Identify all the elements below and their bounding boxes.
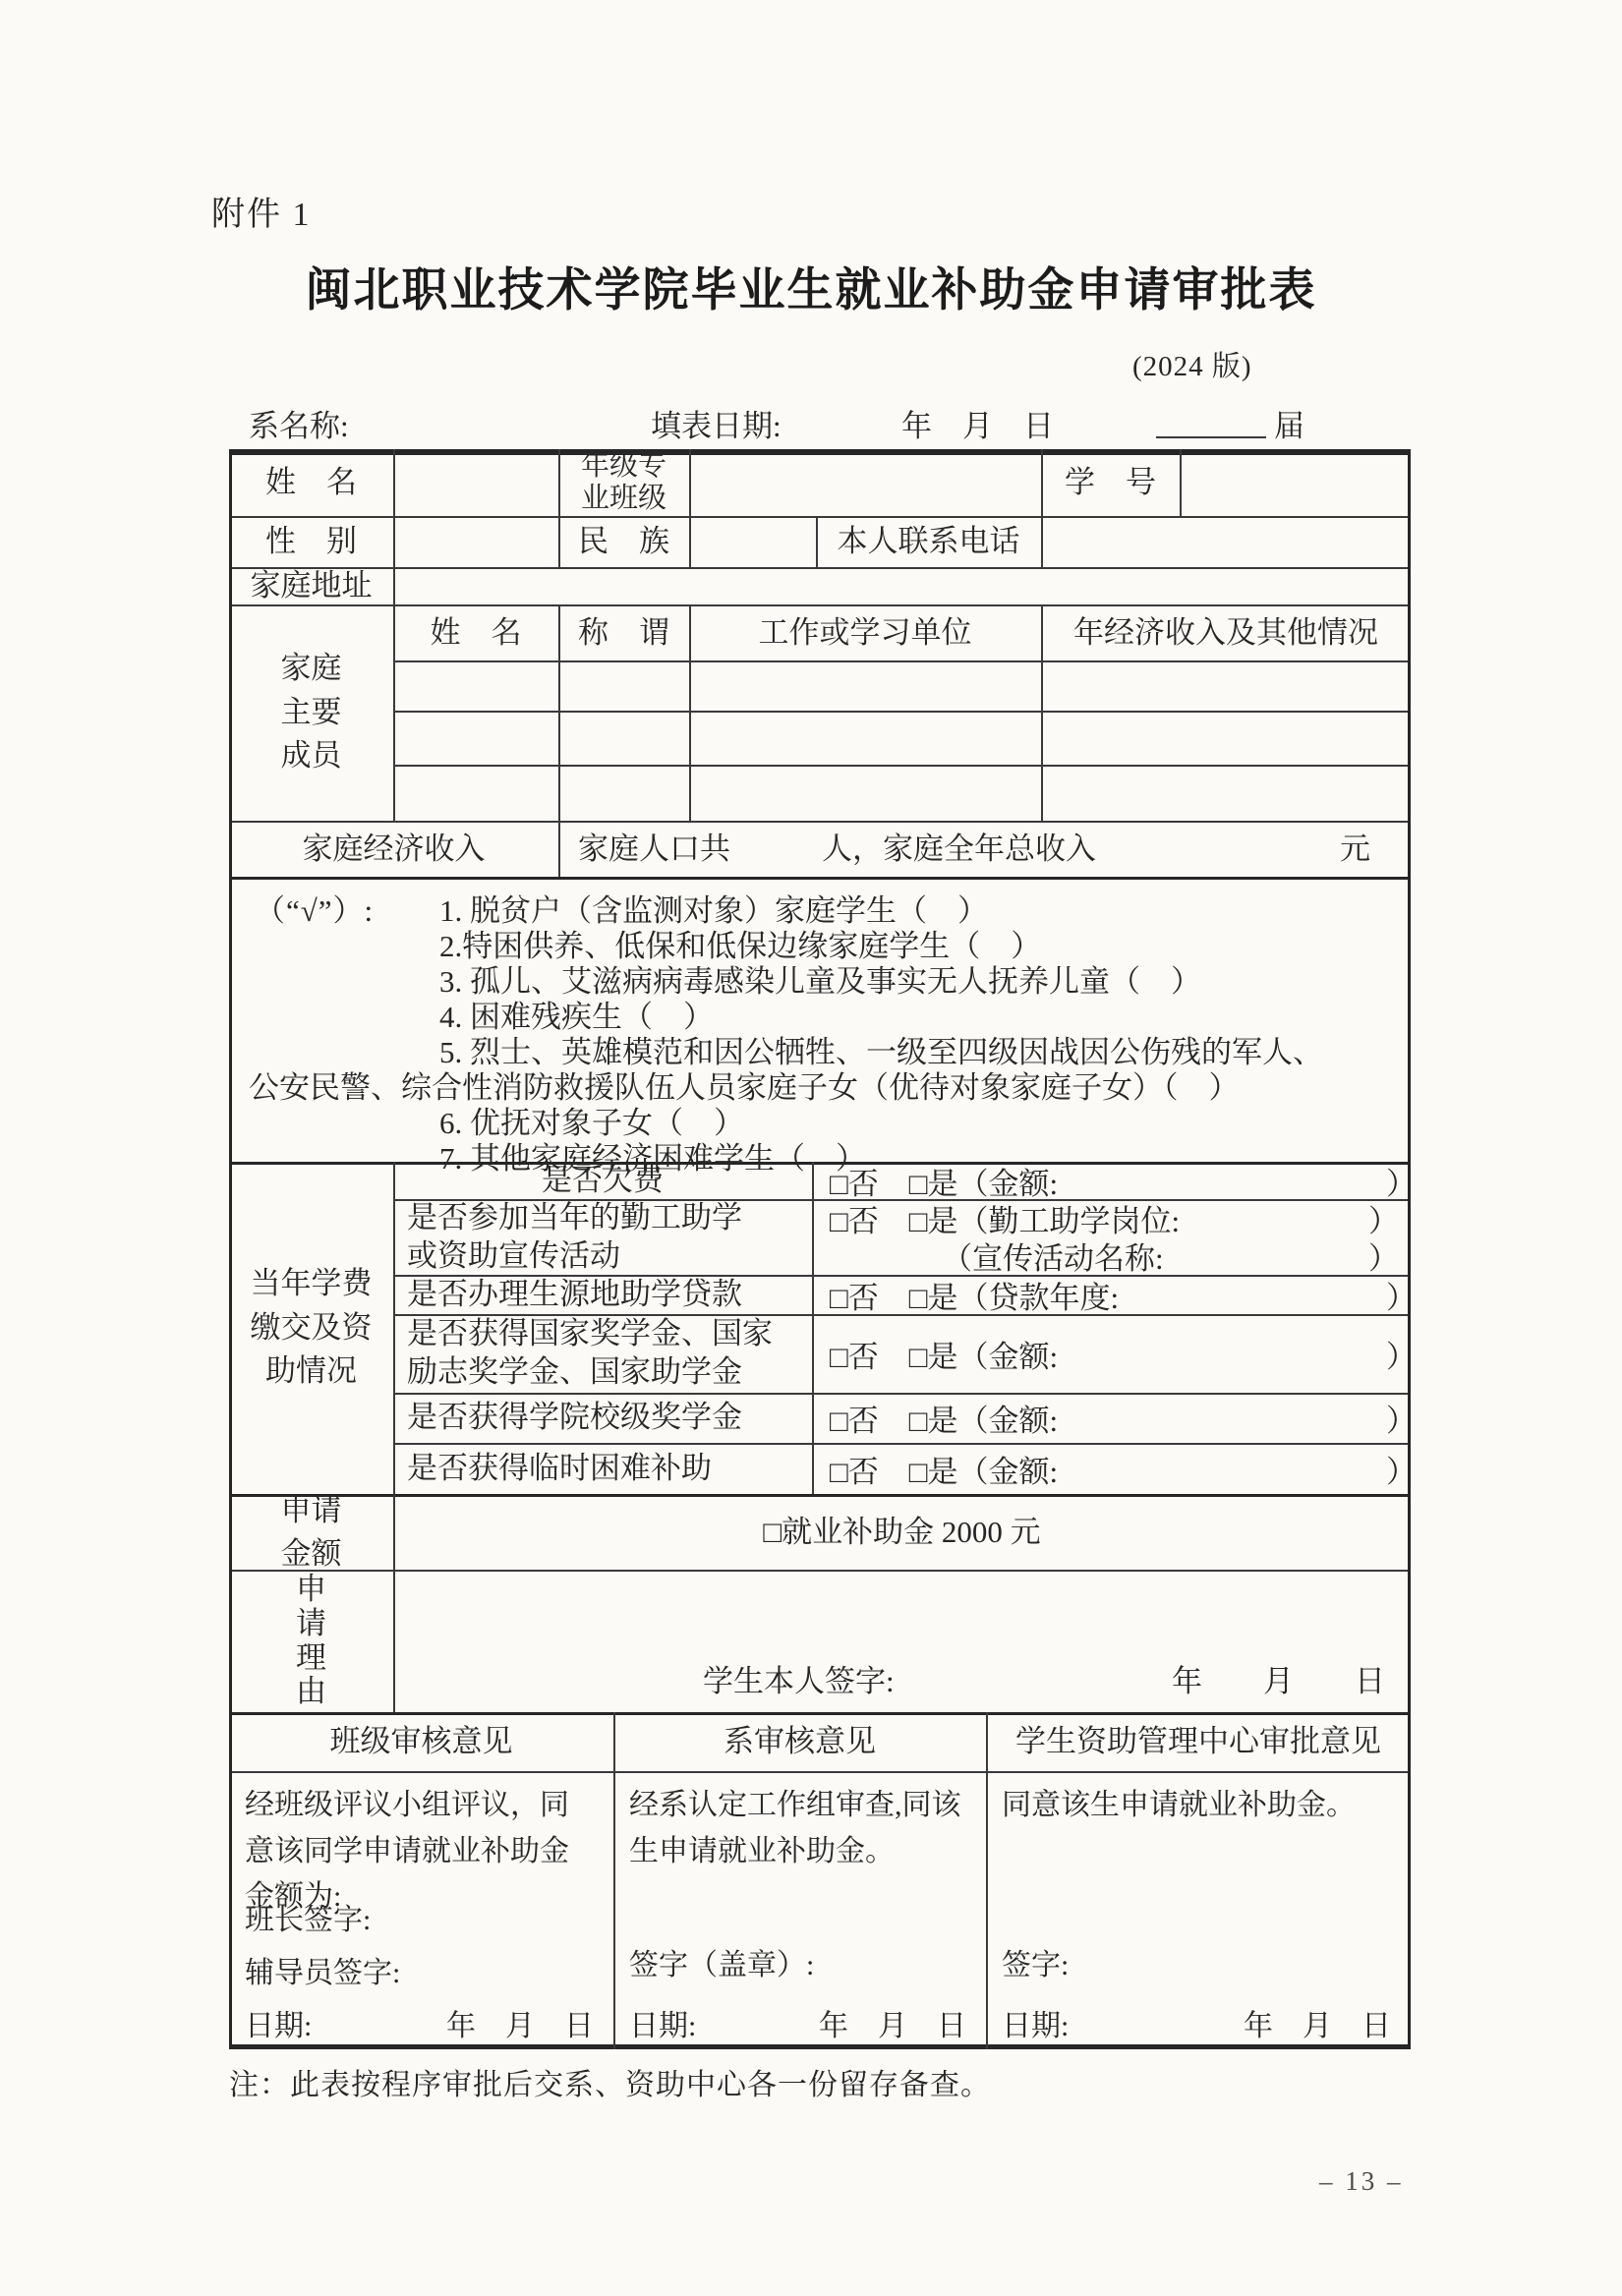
application-form-table: 姓 名 年级专 业班级 学 号 性 别 民 族 本人联系电话 家庭地址 家庭 主… — [229, 449, 1411, 2049]
center-review-body: 同意该生申请就业补助金。 签字: 日期: 年 月 日 — [986, 1771, 1411, 2049]
student-id-label: 学 号 — [1041, 449, 1180, 516]
center-review-date: 日期: 年 月 日 — [1002, 2001, 1395, 2044]
family-header-name: 姓 名 — [393, 604, 558, 660]
phone-label: 本人联系电话 — [816, 516, 1041, 567]
closing-paren: ） — [1386, 1314, 1417, 1393]
family-header-income: 年经济收入及其他情况 — [1041, 604, 1411, 660]
grid-line — [229, 1494, 1411, 1497]
category-item-6: 6. 优抚对象子女（ ） — [439, 1098, 744, 1133]
a-arrears: □否 □是（金额: ） — [812, 1162, 1428, 1199]
family-members-label: 家庭 主要 成员 — [229, 604, 393, 821]
grid-line — [558, 604, 560, 877]
grid-line — [229, 449, 1411, 455]
grid-line — [393, 449, 395, 821]
a-loan: □否 □是（贷款年度: ） — [812, 1275, 1428, 1314]
a-national-scholarship: □否 □是（金额: ） — [812, 1314, 1428, 1393]
ethnicity-value-cell — [689, 516, 816, 567]
dept-review-body: 经系认定工作组审查,同该生申请就业补助金。 签字（盖章）: 日期: 年 月 日 — [613, 1771, 986, 2049]
a-temporary-subsidy: □否 □是（金额: ） — [812, 1443, 1428, 1494]
grid-line — [1180, 449, 1182, 516]
grid-line — [812, 1162, 814, 1494]
grid-line — [1041, 449, 1043, 567]
a-college-scholarship: □否 □是（金额: ） — [812, 1393, 1428, 1443]
student-signature-ymd: 年 月 日 — [1172, 1656, 1385, 1700]
category-item-5-cont: 公安民警、综合性消防救援队伍人员家庭子女（优待对象家庭子女）（ ） — [249, 1062, 1240, 1098]
counselor-signature-label: 辅导员签字: — [245, 1948, 400, 1991]
gender-label: 性 别 — [229, 516, 393, 567]
category-item-1: 1. 脱贫户（含监测对象）家庭学生（ ） — [439, 886, 988, 921]
gender-value-cell — [393, 516, 558, 567]
grid-line — [229, 2044, 1411, 2049]
category-item-3: 3. 孤儿、艾滋病病毒感染儿童及事实无人抚养儿童（ ） — [439, 956, 1201, 992]
check-mark-hint: （“√”）: — [255, 886, 374, 930]
department-name-label: 系名称: — [249, 401, 349, 438]
name-value-cell — [393, 449, 558, 516]
grid-line — [229, 1570, 1411, 1572]
q-national-scholarship: 是否获得国家奖学金、国家 励志奖学金、国家助学金 — [393, 1314, 826, 1393]
grid-line — [393, 765, 1411, 767]
q-workstudy: 是否参加当年的勤工助学 或资助宣传活动 — [393, 1199, 826, 1275]
ethnicity-label: 民 族 — [558, 516, 689, 567]
family-income-label: 家庭经济收入 — [229, 821, 558, 877]
family-header-relation: 称 谓 — [558, 604, 689, 660]
category-item-5: 5. 烈士、英雄模范和因公牺牲、一级至四级因战因公伤残的军人、 — [439, 1027, 1323, 1062]
grid-line — [393, 1443, 1411, 1445]
class-review-body: 经班级评议小组评议，同意该同学申请就业补助金金额为: 班长签字: 辅导员签字: … — [229, 1771, 613, 2049]
a-workstudy: □否 □是（勤工助学岗位: ） （宣传活动名称: ） — [812, 1199, 1411, 1275]
closing-paren: ） — [1386, 1162, 1417, 1199]
grid-line — [393, 711, 1411, 713]
apply-amount-content: □就业补助金 2000 元 — [393, 1494, 1411, 1570]
version-label: (2024 版) — [1132, 344, 1252, 384]
grade-class-label: 年级专 业班级 — [558, 449, 689, 516]
grid-line — [689, 604, 691, 821]
dept-signature-label: 签字（盖章）: — [629, 1940, 814, 1983]
class-review-date: 日期: 年 月 日 — [245, 2001, 598, 2044]
closing-paren: ） — [1386, 1275, 1417, 1314]
grid-line — [393, 1275, 1411, 1277]
grid-line — [229, 1712, 1411, 1715]
closing-paren: ） — [1386, 1393, 1417, 1443]
name-label: 姓 名 — [229, 449, 393, 516]
home-address-label: 家庭地址 — [229, 567, 393, 604]
student-signature-label: 学生本人签字: — [703, 1656, 895, 1700]
category-item-2: 2.特困供养、低保和低保边缘家庭学生（ ） — [439, 921, 1041, 956]
home-address-value-cell — [393, 567, 1411, 604]
grid-line — [1041, 604, 1043, 821]
closing-paren: ） — [1368, 1199, 1399, 1236]
grid-line — [613, 1712, 615, 2049]
grid-line — [393, 660, 1411, 662]
grid-line — [393, 1162, 395, 1712]
grid-line — [229, 567, 1411, 569]
grid-line — [229, 516, 1411, 518]
closing-paren: ） — [1386, 1443, 1417, 1494]
tuition-aid-label: 当年学费 缴交及资 助情况 — [229, 1162, 393, 1494]
grid-line — [229, 821, 1411, 823]
grid-line — [986, 1712, 988, 2049]
grade-class-value-cell — [689, 449, 1041, 516]
q-temporary-subsidy: 是否获得临时困难补助 — [393, 1443, 826, 1494]
grid-line — [393, 1393, 1411, 1395]
cohort-label: 届 — [1274, 401, 1304, 438]
family-header-workplace: 工作或学习单位 — [689, 604, 1041, 660]
q-college-scholarship: 是否获得学院校级奖学金 — [393, 1393, 826, 1443]
fill-date-ymd: 年 月 日 — [901, 401, 1054, 438]
grid-line — [816, 516, 818, 567]
category-item-4: 4. 困难残疾生（ ） — [439, 992, 714, 1027]
grid-line — [393, 1199, 1411, 1201]
cohort-blank-line — [1156, 407, 1266, 438]
form-title: 闽北职业技术学院毕业生就业补助金申请审批表 — [0, 254, 1622, 319]
student-id-value-cell — [1180, 449, 1411, 516]
apply-amount-label: 申请 金额 — [229, 1494, 393, 1570]
grid-line — [229, 877, 1411, 880]
grid-line — [229, 1771, 1411, 1773]
q-loan: 是否办理生源地助学贷款 — [393, 1275, 826, 1314]
dept-review-date: 日期: 年 月 日 — [629, 2001, 970, 2044]
dept-review-header: 系审核意见 — [613, 1712, 986, 1771]
grid-line — [558, 449, 560, 567]
class-review-header: 班级审核意见 — [229, 1712, 613, 1771]
q-arrears: 是否欠费 — [393, 1162, 812, 1199]
grid-line — [229, 604, 1411, 606]
grid-line — [393, 1314, 1411, 1316]
monitor-signature-label: 班长签字: — [245, 1895, 371, 1938]
apply-reason-label: 申 请 理 由 — [229, 1570, 393, 1712]
fill-date-label: 填表日期: — [651, 401, 782, 438]
category-checklist: （“√”）: 1. 脱贫户（含监测对象）家庭学生（ ） 2.特困供养、低保和低保… — [229, 877, 1411, 1162]
page-number: – 13 – — [1319, 2166, 1404, 2197]
grid-line — [229, 1162, 1411, 1165]
grid-line — [689, 449, 691, 567]
scanned-form-page: 附件 1 闽北职业技术学院毕业生就业补助金申请审批表 (2024 版) 系名称:… — [0, 0, 1622, 2296]
grid-line — [229, 449, 232, 2049]
center-signature-label: 签字: — [1002, 1940, 1069, 1983]
family-income-content: 家庭人口共 人，家庭全年总收入 元 — [558, 821, 1430, 877]
grid-line — [1408, 449, 1411, 2049]
center-review-header: 学生资助管理中心审批意见 — [986, 1712, 1411, 1771]
apply-reason-content: 学生本人签字: 年 月 日 — [393, 1570, 1411, 1712]
attachment-label: 附件 1 — [211, 187, 312, 235]
closing-paren: ） — [1368, 1236, 1399, 1274]
phone-value-cell — [1041, 516, 1411, 567]
footer-note: 注：此表按程序审批后交系、资助中心各一份留存备查。 — [229, 2060, 991, 2103]
